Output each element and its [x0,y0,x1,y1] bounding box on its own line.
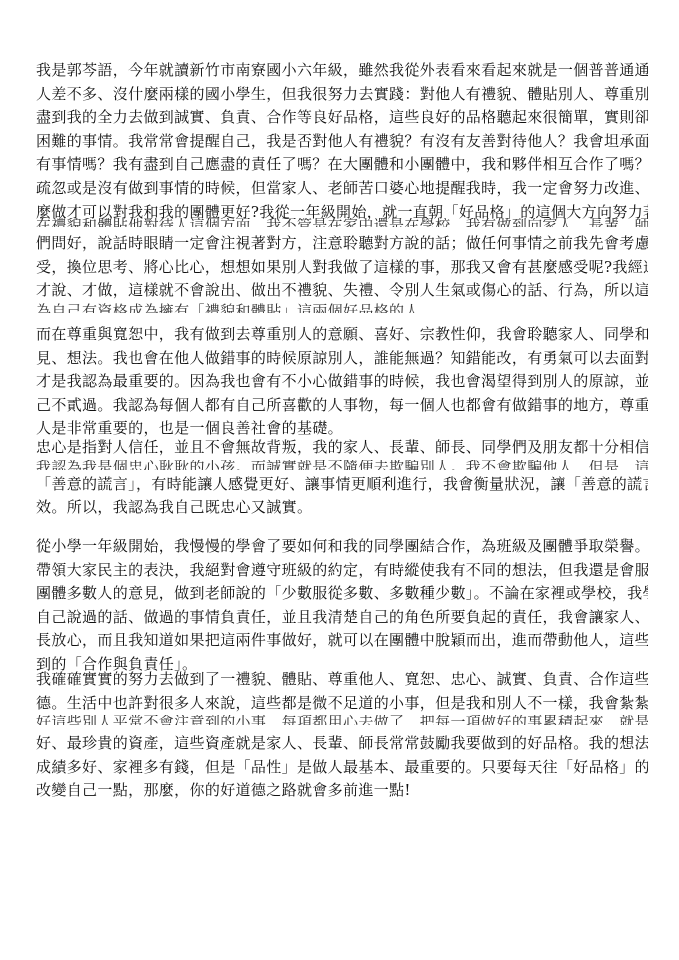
paragraph-respect: 而在尊重與寬恕中，我有做到去尊重別人的意願、喜好、宗教性仰，我會聆聽家人、同學和… [36,323,648,441]
text-line: 見、想法。我也會在他人做錯事的時候原諒別人，誰能無過？知錯能改，有勇氣可以去面對… [36,347,648,371]
paragraph-conclusion: 我確確實實的努力去做到了一禮貌、體貼、尊重他人、寬恕、忠心、誠實、負責、合作這些… [36,668,648,803]
text-line: 我確確實實的努力去做到了一禮貌、體貼、尊重他人、寬恕、忠心、誠實、負責、合作這些… [36,668,648,692]
text-line: 成績多好、家裡多有錢，但是「品性」是做人最基本、最重要的。只要每天往「好品格」的… [36,756,648,780]
text-line: 效。所以，我認為我自己既忠心又誠實。 [36,496,648,520]
text-line: 才是我認為最重要的。因為我也會有不小心做錯事的時候，我也會渴望得到別人的原諒，並… [36,370,648,394]
paragraph-loyalty: 忠心是指對人信任，並且不會無故背叛，我的家人、長輩、師長、同學們及朋友都十分相信… [36,436,648,520]
text-line: 才說、才做，這樣就不會說出、做出不禮貌、失禮、令別人生氣或傷心的話、行為，所以這… [36,279,648,303]
text-line: 困難的事情。我常常會提醒自己，我是否對他人有禮貌？有沒有友善對待他人？我會坦承面… [36,130,648,154]
text-line: 有事情嗎？我有盡到自己應盡的責任了嗎？在大團體和小團體中，我和夥伴相互合作了嗎？… [36,153,648,177]
text-line: 忠心是指對人信任，並且不會無故背叛，我的家人、長輩、師長、同學們及朋友都十分相信… [36,436,648,460]
text-line: 帶領大家民主的表決，我絕對會遵守班級的約定，有時縱使我有不同的想法，但我還是會服… [36,559,648,583]
paragraph-introduction: 我是郭芩語，今年就讀新竹市南寮國小六年級，雖然我從外表看來看起來就是一個普普通通… [36,59,648,224]
text-line-clipped: 我認為我是個忠心耿耿的小孩。而誠實就是不隨便去欺騙別人。我不會欺騙他人，但是，這… [36,460,648,471]
text-line: 改變自己一點，那麼，你的好道德之路就會多前進一點! [36,779,648,803]
text-line: 「善意的謊言」，有時能讓人感覺更好、讓事情更順利進行，我會衡量狀況，讓「善意的謊… [36,473,648,497]
text-line: 團體多數人的意見，做到老師說的「少數服從多數、多數種少數」。不論在家裡或學校，我… [36,582,648,606]
text-line-clipped: 好這些別人平常不會注意到的小事，每項都用心去做了，把每一項做好的事累積起來，就是… [36,715,648,726]
text-line-clipped: 在禮貌和體貼他對待人這個方面，我不管是在家中還是在學校，我有做到向家人、長輩、師… [36,218,648,228]
text-line: 盡到我的全力去做到誠實、負責、合作等良好品格，這些良好的品格聽起來很簡單，實則卻… [36,106,648,130]
text-line: 從小學一年級開始，我慢慢的學會了要如何和我的同學團結合作，為班級及團體爭取榮譽。… [36,535,648,559]
text-line: 們問好，說話時眼睛一定會注視著對方，注意聆聽對方說的話；做任何事情之前我先會考慮… [36,232,648,256]
text-line: 德。生活中也許對很多人來說，這些都是微不足道的小事，但是我和別人不一樣，我會紮紮… [36,692,648,716]
text-line-clipped: 為自己有資格成為擁有「禮貌和體貼」這兩個好品格的人。 [36,303,648,314]
text-line: 而在尊重與寬恕中，我有做到去尊重別人的意願、喜好、宗教性仰，我會聆聽家人、同學和… [36,323,648,347]
text-line: 自己說過的話、做過的事情負責任，並且我清楚自己的角色所要負起的責任，我會讓家人、… [36,606,648,630]
paragraph-courtesy: 在禮貌和體貼他對待人這個方面，我不管是在家中還是在學校，我有做到向家人、長輩、師… [36,218,648,326]
document-page: 我是郭芩語，今年就讀新竹市南寮國小六年級，雖然我從外表看來看起來就是一個普普通通… [0,0,679,960]
paragraph-cooperation: 從小學一年級開始，我慢慢的學會了要如何和我的同學團結合作，為班級及團體爭取榮譽。… [36,535,648,677]
text-line: 己不貳過。我認為每個人都有自己所喜歡的人事物，每一個人也都會有做錯事的地方，尊重… [36,394,648,418]
text-line: 受，換位思考、將心比心，想想如果別人對我做了這樣的事，那我又會有甚麼感受呢?我經… [36,256,648,280]
text-line: 人差不多、沒什麼兩樣的國小學生，但我很努力去實踐：對他人有禮貌、體貼別人、尊重別… [36,83,648,107]
text-line: 疏忽或是沒有做到事情的時候，但當家人、老師苦口婆心地提醒我時，我一定會努力改進、… [36,177,648,201]
text-line: 長放心，而且我知道如果把這兩件事做好，就可以在團體中脫穎而出，進而帶動他人，這些… [36,629,648,653]
text-line: 好、最珍貴的資產，這些資產就是家人、長輩、師長常常鼓勵我要做到的好品格。我的想法… [36,732,648,756]
text-line: 我是郭芩語，今年就讀新竹市南寮國小六年級，雖然我從外表看來看起來就是一個普普通通… [36,59,648,83]
